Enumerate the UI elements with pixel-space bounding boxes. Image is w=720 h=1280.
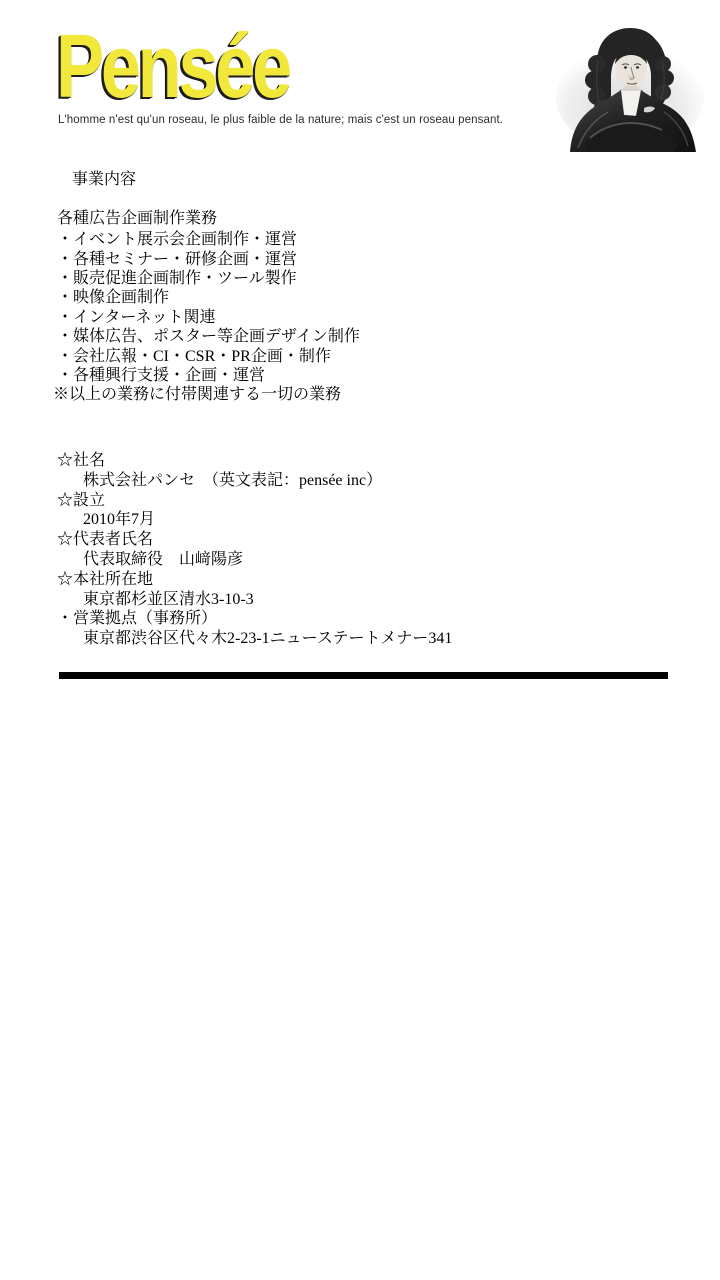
- company-info-section: ☆社名 株式会社パンセ （英文表記：pensée inc） ☆設立 2010年7…: [57, 451, 452, 649]
- company-info-label: ☆社名: [57, 451, 452, 471]
- company-logo[interactable]: Pensée: [56, 22, 289, 112]
- company-info-value: 東京都杉並区清水3-10-3: [57, 590, 452, 610]
- business-item: ・販売促進企画制作・ツール製作: [57, 269, 360, 288]
- company-info-value: 代表取締役 山﨑陽彦: [57, 550, 452, 570]
- company-info-value: 2010年7月: [57, 510, 452, 530]
- business-item: ・媒体広告、ポスター等企画デザイン制作: [57, 327, 360, 346]
- pascal-portrait-image: [548, 20, 716, 152]
- business-item: ・各種セミナー・研修企画・運営: [57, 250, 360, 269]
- spacer-line: [57, 189, 360, 208]
- business-item: ・イベント展示会企画制作・運営: [57, 230, 360, 249]
- page: Pensée L'homme n'est qu'un roseau, le pl…: [0, 0, 720, 1280]
- company-info-label: ・営業拠点（事務所）: [57, 609, 452, 629]
- company-info-label: ☆本社所在地: [57, 570, 452, 590]
- business-item: ・各種興行支援・企画・運営: [57, 366, 360, 385]
- pascal-quote: L'homme n'est qu'un roseau, le plus faib…: [58, 113, 503, 127]
- company-info-value: 株式会社パンセ （英文表記：pensée inc）: [57, 471, 452, 491]
- business-note: ※以上の業務に付帯関連する一切の業務: [53, 385, 360, 404]
- business-item: ・映像企画制作: [57, 288, 360, 307]
- business-subheading: 各種広告企画制作業務: [57, 209, 360, 228]
- bottom-divider: [59, 672, 668, 679]
- company-info-label: ☆設立: [57, 491, 452, 511]
- company-info-label: ☆代表者氏名: [57, 530, 452, 550]
- business-section: 事業内容 各種広告企画制作業務 ・イベント展示会企画制作・運営 ・各種セミナー・…: [57, 170, 360, 405]
- business-heading: 事業内容: [57, 170, 360, 189]
- business-item: ・インターネット関連: [57, 308, 360, 327]
- company-info-value: 東京都渋谷区代々木2-23-1ニューステートメナー341: [57, 629, 452, 649]
- business-item: ・会社広報・CI・CSR・PR企画・制作: [57, 347, 360, 366]
